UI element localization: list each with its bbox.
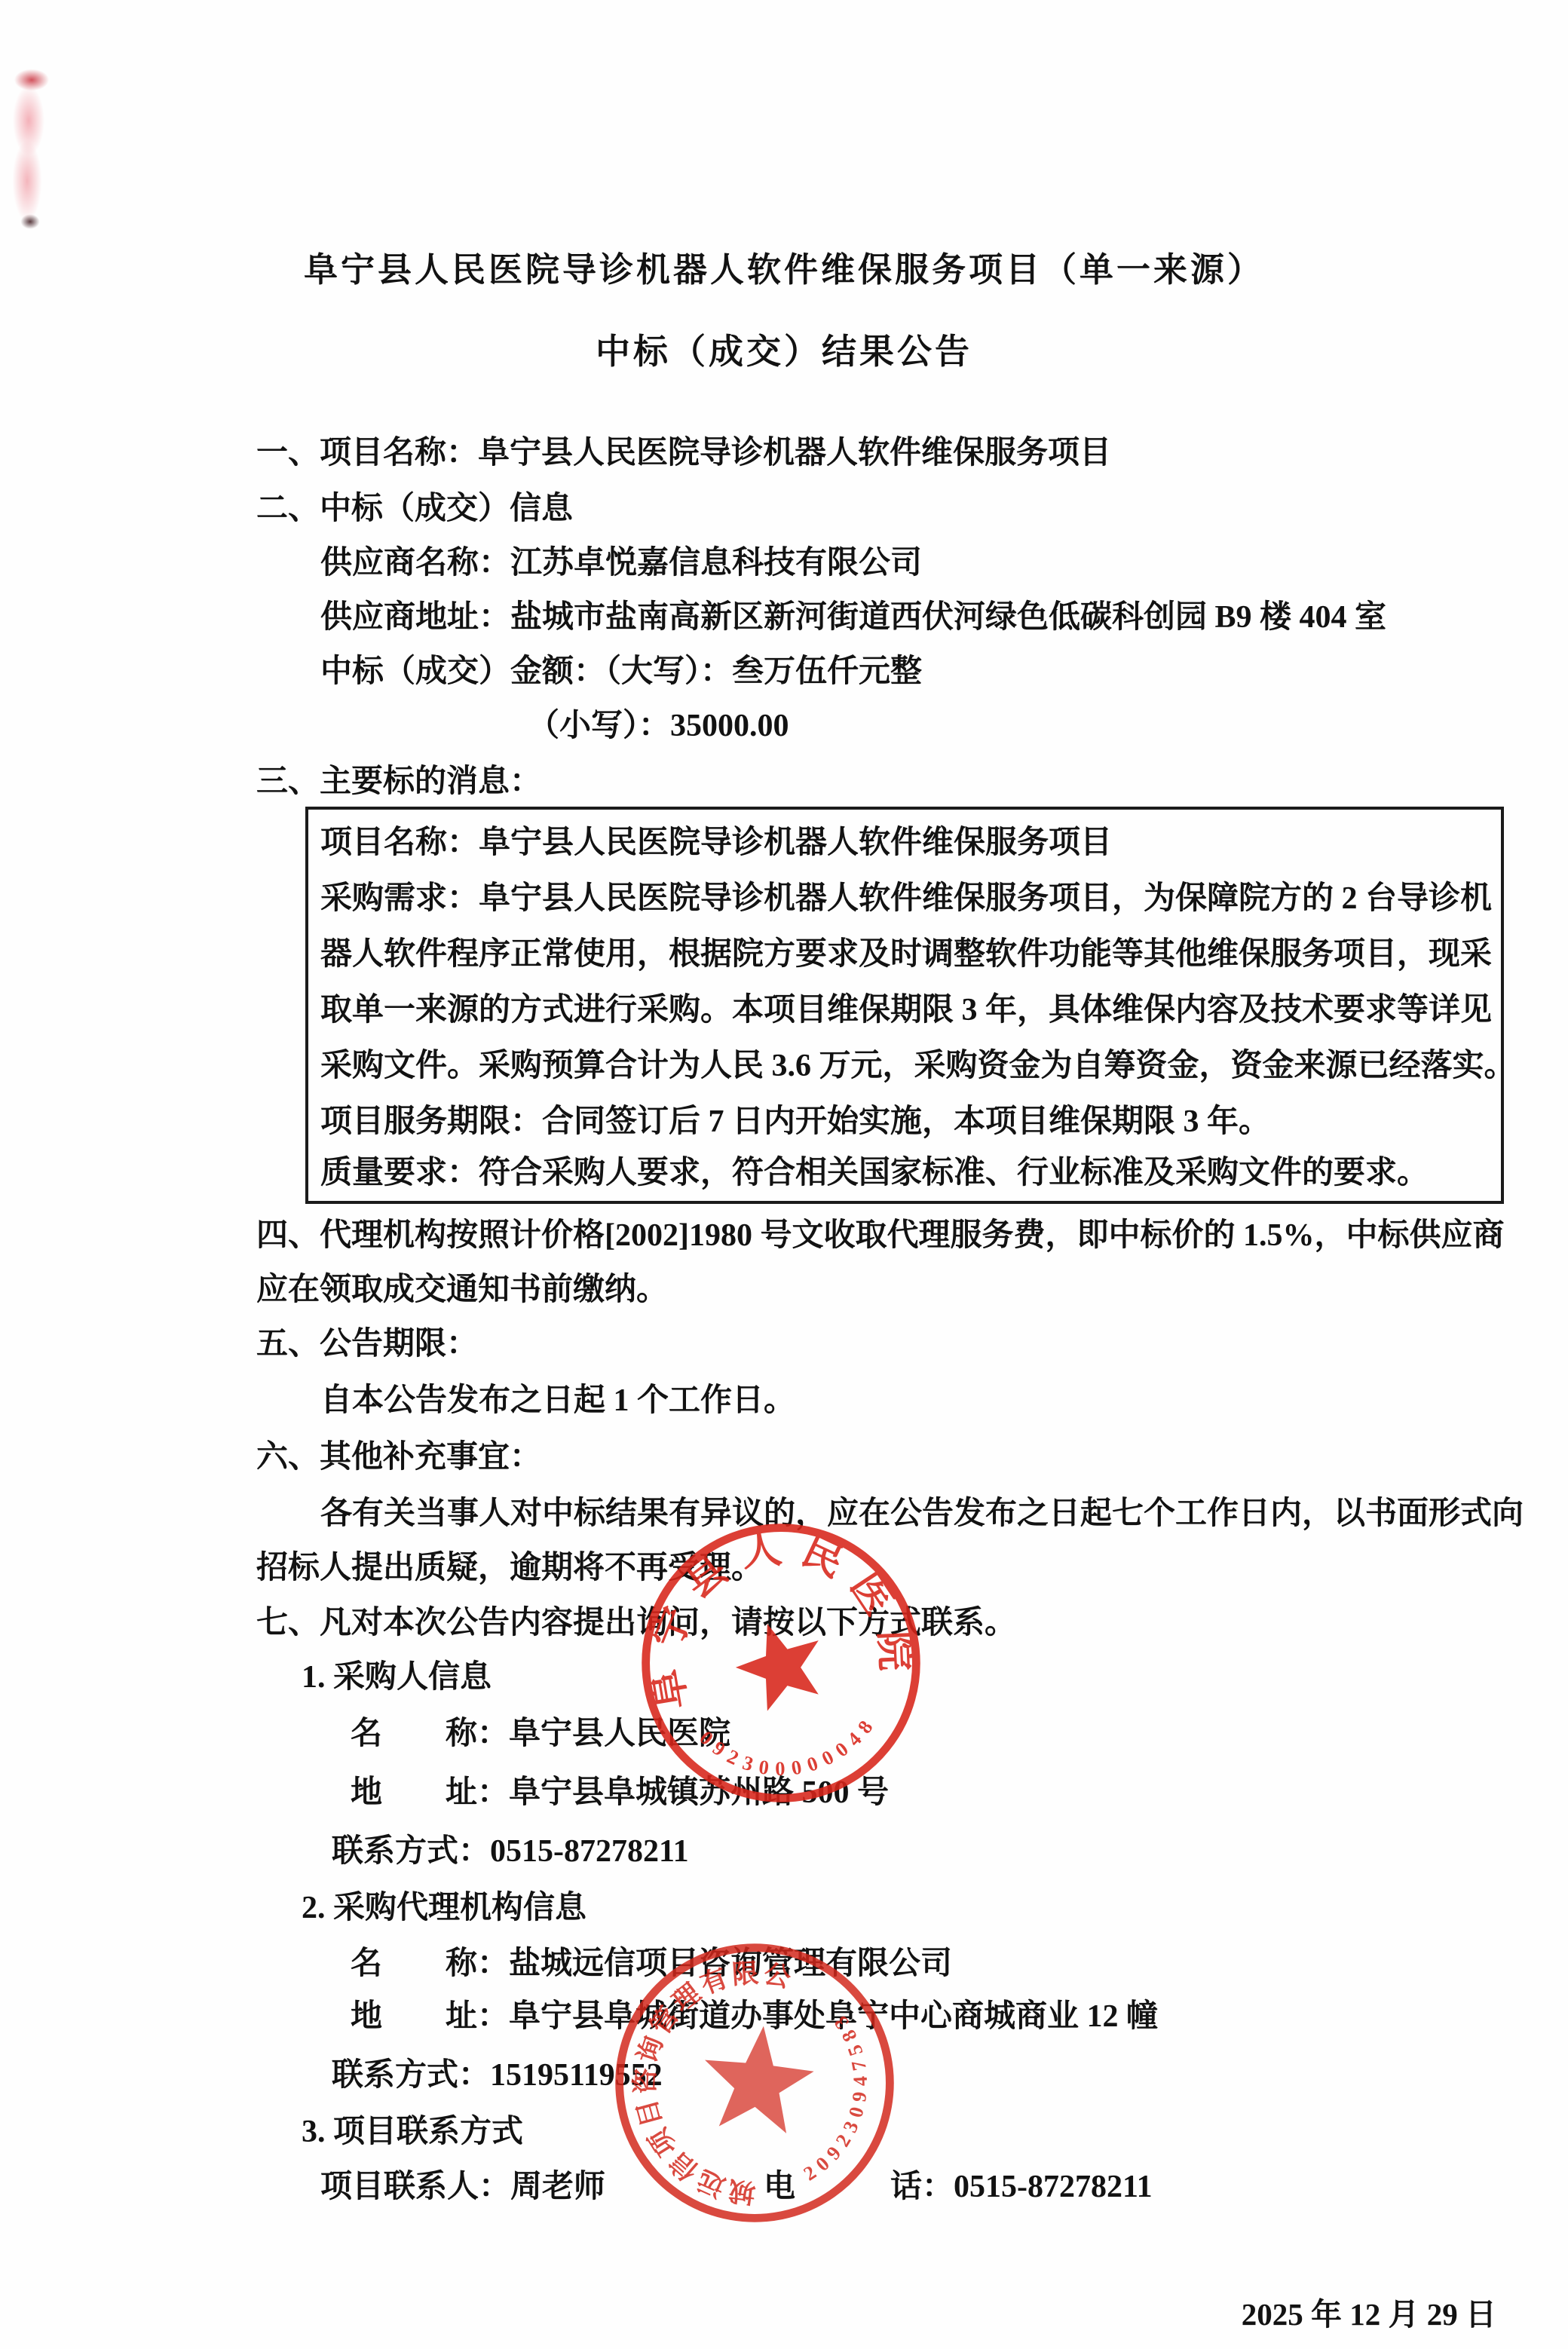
award-amount-words-line: 中标（成交）金额：（大写）：叁万伍仟元整 — [320, 654, 922, 689]
box-requirement-line2: 器人软件程序正常使用，根据院方要求及时调整软件功能等其他维保服务项目，现采 — [320, 937, 1492, 972]
buyer-info-heading: 1. 采购人信息 — [302, 1660, 492, 1695]
box-quality-line: 质量要求：符合采购人要求，符合相关国家标准、行业标准及采购文件的要求。 — [320, 1156, 1429, 1190]
announcement-document: 阜宁县人民医院导诊机器人软件维保服务项目（单一来源） 中标（成交）结果公告 一、… — [0, 0, 1568, 2349]
subject-info-heading: 三、主要标的消息： — [256, 764, 541, 799]
announcement-date: 2025 年 12 月 29 日 — [1242, 2298, 1496, 2332]
svg-text:209230947583: 209230947583 — [797, 2004, 886, 2192]
award-amount-figures-line: （小写）：35000.00 — [528, 709, 789, 743]
agency-fee-line1: 四、代理机构按照计价格[2002]1980 号文收取代理服务费，即中标价的 1.… — [256, 1218, 1504, 1253]
project-contact-heading: 3. 项目联系方式 — [302, 2115, 523, 2149]
box-service-term-line: 项目服务期限：合同签订后 7 日内开始实施，本项目维保期限 3 年。 — [320, 1104, 1270, 1139]
award-info-heading: 二、中标（成交）信息 — [256, 492, 573, 526]
box-requirement-line1: 采购需求：阜宁县人民医院导诊机器人软件维保服务项目，为保障院方的 2 台导诊机 — [320, 881, 1492, 916]
document-title-line2: 中标（成交）结果公告 — [0, 333, 1568, 372]
notice-period-body: 自本公告发布之日起 1 个工作日。 — [320, 1383, 795, 1418]
box-project-name: 项目名称：阜宁县人民医院导诊机器人软件维保服务项目 — [320, 825, 1112, 860]
supplier-name-line: 供应商名称：江苏卓悦嘉信息科技有限公司 — [320, 546, 922, 580]
supplier-address-line: 供应商地址：盐城市盐南高新区新河街道西伏河绿色低碳科创园 B9 楼 404 室 — [320, 600, 1386, 635]
hospital-seal-stamp: 阜宁县人民医院 092300000048 — [633, 1515, 929, 1811]
buyer-contact-line: 联系方式：0515-87278211 — [332, 1834, 689, 1869]
notice-period-heading: 五、公告期限： — [256, 1327, 478, 1361]
binding-ink-smudge — [6, 66, 59, 240]
hospital-seal-star-icon — [726, 1610, 835, 1716]
agency-seal-star-icon — [682, 2010, 822, 2152]
agency-fee-line2: 应在领取成交通知书前缴纳。 — [256, 1273, 668, 1307]
box-requirement-line4: 采购文件。采购预算合计为人民 3.6 万元，采购资金为自筹资金，资金来源已经落实… — [320, 1049, 1516, 1083]
other-matters-heading: 六、其他补充事宜： — [256, 1440, 541, 1475]
project-name-line: 一、项目名称：阜宁县人民医院导诊机器人软件维保服务项目 — [256, 436, 1111, 470]
agency-info-heading: 2. 采购代理机构信息 — [302, 1891, 586, 1925]
agency-seal-serial-text: 209230947583 — [797, 2004, 886, 2192]
agency-seal-stamp: 盐城远信项目咨询管理有限公司 209230947583 — [607, 1935, 902, 2231]
document-title-line1: 阜宁县人民医院导诊机器人软件维保服务项目（单一来源） — [0, 252, 1568, 289]
box-requirement-line3: 取单一来源的方式进行采购。本项目维保期限 3 年，具体维保内容及技术要求等详见 — [320, 993, 1492, 1027]
